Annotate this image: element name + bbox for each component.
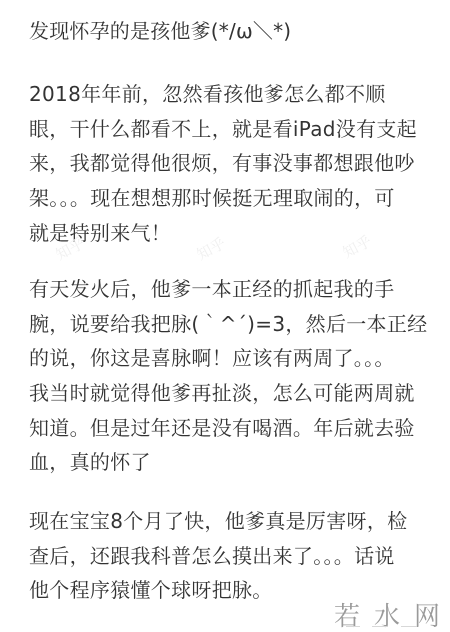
- paragraph-line: 血，真的怀了: [29, 445, 425, 480]
- paragraph-line: 有天发火后，他爹一本正经的抓起我的手: [29, 272, 425, 307]
- watermark-underline: [346, 626, 360, 627]
- paragraph-line: 现在宝宝8个月了快，他爹真是厉害呀，检: [29, 504, 425, 539]
- paragraph-line: 腕，说要给我把脉(｀^´)=3，然后一本正经: [29, 307, 425, 342]
- paragraph-3: 现在宝宝8个月了快，他爹真是厉害呀，检 查后，还跟我科普怎么摸出来了。。。话说 …: [29, 504, 425, 608]
- paragraph-line: 查后，还跟我科普怎么摸出来了。。。话说: [29, 539, 425, 574]
- paragraph-line: 眼，干什么都看不上，就是看iPad没有支起: [29, 112, 425, 147]
- paragraph-2: 有天发火后，他爹一本正经的抓起我的手 腕，说要给我把脉(｀^´)=3，然后一本正…: [29, 272, 425, 480]
- paragraph-line: 的说，你这是喜脉啊！应该有两周了。。。: [29, 341, 425, 376]
- watermark-underline: [401, 626, 417, 627]
- paragraph-line: 2018年年前，忽然看孩他爹怎么都不顺: [29, 77, 425, 112]
- post-title: 发现怀孕的是孩他爹(*/ω＼*): [29, 17, 291, 45]
- paragraph-line: 架。。。现在想想那时候挺无理取闹的，可: [29, 181, 425, 216]
- watermark-underline: [372, 626, 388, 627]
- paragraph-line: 我当时就觉得他爹再扯淡，怎么可能两周就: [29, 376, 425, 411]
- paragraph-1: 2018年年前，忽然看孩他爹怎么都不顺 眼，干什么都看不上，就是看iPad没有支…: [29, 77, 425, 250]
- paragraph-line: 知道。但是过年还是没有喝酒。年后就去验: [29, 411, 425, 446]
- paragraph-line: 来，我都觉得他很烦，有事没事都想跟他吵: [29, 146, 425, 181]
